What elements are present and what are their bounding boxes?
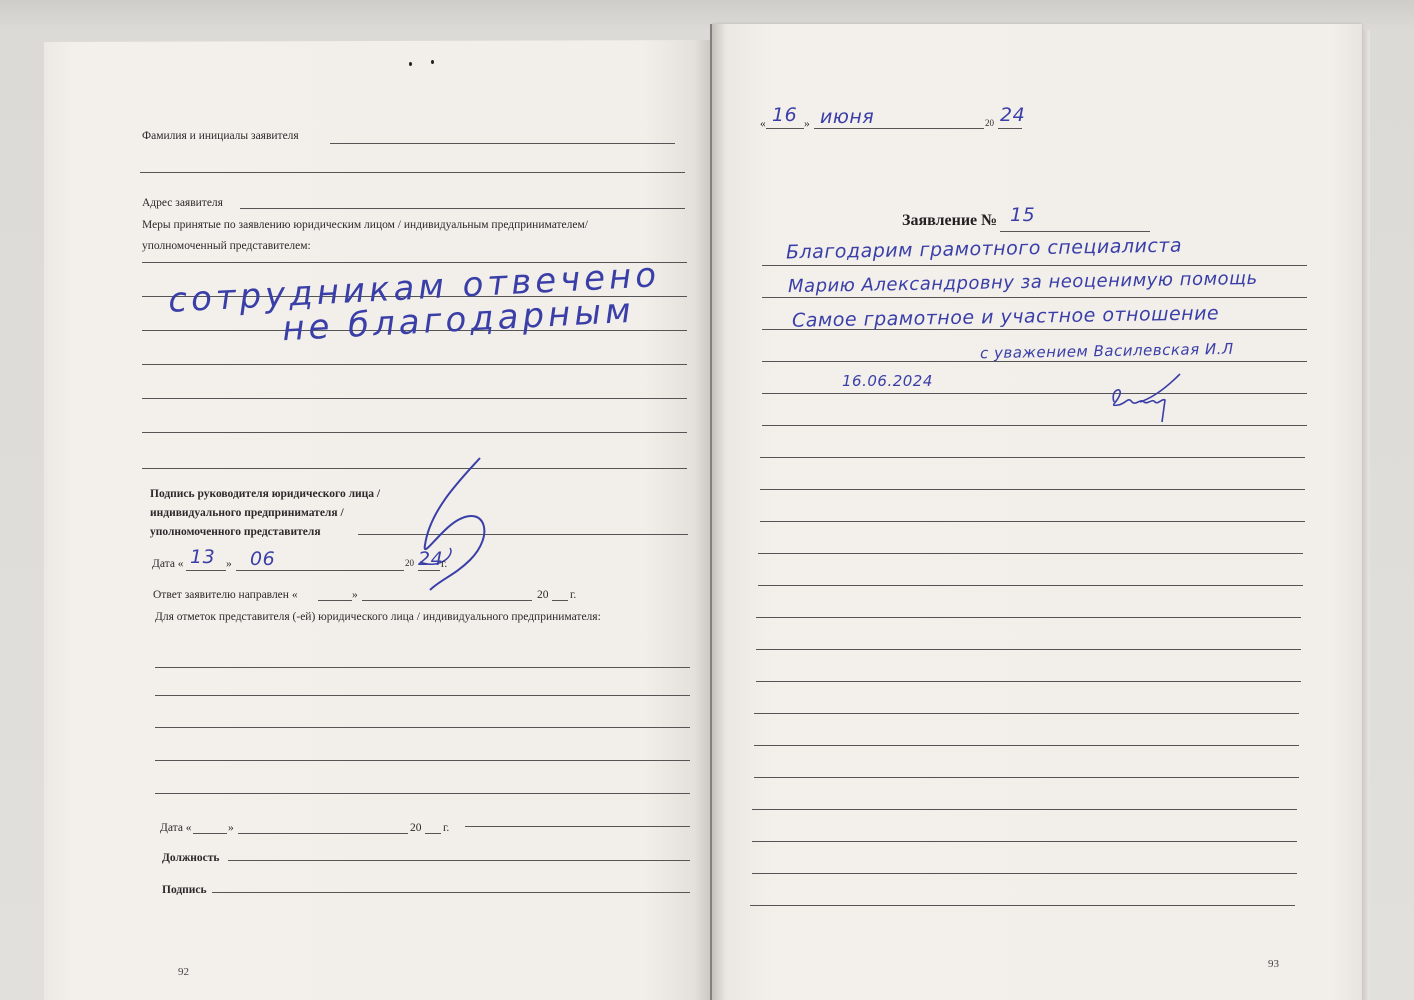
- content-line[interactable]: [752, 873, 1297, 874]
- signature-label-1: Подпись руководителя юридического лица /: [150, 488, 380, 500]
- content-line[interactable]: [760, 457, 1305, 458]
- measures-line[interactable]: [142, 398, 687, 399]
- marks-date-label: Дата «: [160, 822, 192, 834]
- content-line[interactable]: [760, 521, 1305, 522]
- date-year-prefix: 20: [405, 558, 414, 568]
- sign-field[interactable]: [212, 892, 690, 893]
- header-date-close: »: [804, 118, 810, 130]
- measures-label-2: уполномоченный представителем:: [142, 240, 311, 252]
- applicant-address-field[interactable]: [240, 208, 685, 209]
- content-line[interactable]: [752, 841, 1297, 842]
- response-year-field[interactable]: [552, 600, 568, 601]
- handwritten-header-day: 16: [772, 104, 797, 126]
- application-title: Заявление №: [902, 212, 997, 230]
- handwritten-date-month: 06: [250, 548, 275, 570]
- left-page: [44, 40, 712, 1000]
- page-number-right: 93: [1268, 958, 1279, 970]
- handwritten-header-year: 24: [1000, 104, 1025, 126]
- ink-speck: [409, 62, 412, 66]
- content-line[interactable]: [762, 297, 1307, 298]
- content-line[interactable]: [758, 585, 1303, 586]
- handwritten-date-day: 13: [190, 546, 215, 568]
- marks-line[interactable]: [155, 727, 690, 728]
- applicant-name-field[interactable]: [330, 143, 675, 144]
- marks-line[interactable]: [155, 667, 690, 668]
- date-month-field[interactable]: [236, 570, 404, 571]
- position-field[interactable]: [228, 860, 690, 861]
- page-edge: [1362, 30, 1370, 1000]
- content-line[interactable]: [750, 905, 1295, 906]
- content-line[interactable]: [752, 809, 1297, 810]
- manager-signature: [400, 450, 510, 610]
- marks-line[interactable]: [155, 760, 690, 761]
- header-date-open: «: [760, 118, 766, 130]
- marks-extra-field[interactable]: [465, 826, 690, 827]
- right-page: [712, 24, 1362, 1000]
- handwritten-date-year: 24: [418, 548, 443, 570]
- marks-year-prefix: 20: [410, 822, 422, 834]
- response-year-suffix: г.: [570, 589, 576, 601]
- content-line[interactable]: [754, 713, 1299, 714]
- date-quote: »: [226, 558, 232, 570]
- marks-date-day-field[interactable]: [193, 833, 227, 834]
- content-line[interactable]: [762, 425, 1307, 426]
- header-year-prefix: 20: [985, 118, 994, 128]
- response-year-prefix: 20: [537, 589, 549, 601]
- response-month-field[interactable]: [362, 600, 532, 601]
- content-line[interactable]: [754, 777, 1299, 778]
- response-sent-label: Ответ заявителю направлен «: [153, 589, 298, 601]
- signature-label-2: индивидуального предпринимателя /: [150, 507, 344, 519]
- signature-label-3: уполномоченного представителя: [150, 526, 321, 538]
- handwritten-application-number: 15: [1010, 204, 1035, 226]
- page-number-left: 92: [178, 966, 189, 978]
- response-quote: »: [352, 589, 358, 601]
- marks-date-month-field[interactable]: [238, 833, 408, 834]
- date-label: Дата «: [152, 558, 184, 570]
- applicant-address-label: Адрес заявителя: [142, 197, 223, 209]
- content-line[interactable]: [756, 649, 1301, 650]
- ink-speck: [431, 60, 434, 64]
- handwritten-header-month: июня: [820, 106, 874, 128]
- measures-line[interactable]: [142, 364, 687, 365]
- marks-year-field[interactable]: [425, 833, 441, 834]
- applicant-name-label: Фамилия и инициалы заявителя: [142, 130, 299, 142]
- content-line[interactable]: [762, 265, 1307, 266]
- response-day-field[interactable]: [318, 600, 352, 601]
- sign-label: Подпись: [162, 884, 207, 896]
- position-label: Должность: [162, 852, 220, 864]
- content-line[interactable]: [754, 745, 1299, 746]
- date-year-field[interactable]: [418, 570, 440, 571]
- measures-label-1: Меры принятые по заявлению юридическим л…: [142, 219, 588, 231]
- content-line[interactable]: [758, 553, 1303, 554]
- applicant-name-field-2[interactable]: [140, 172, 685, 173]
- header-date-year-field[interactable]: [998, 128, 1022, 129]
- date-day-field[interactable]: [186, 570, 226, 571]
- marks-label: Для отметок представителя (-ей) юридичес…: [155, 611, 601, 623]
- header-date-month-field[interactable]: [814, 128, 984, 129]
- marks-line[interactable]: [155, 793, 690, 794]
- handwritten-line-5: 16.06.2024: [842, 372, 933, 390]
- marks-date-quote: »: [228, 822, 234, 834]
- application-number-field[interactable]: [1000, 231, 1150, 232]
- content-line[interactable]: [756, 617, 1301, 618]
- header-date-day-field[interactable]: [766, 128, 804, 129]
- marks-year-suffix: г.: [443, 822, 449, 834]
- content-line[interactable]: [756, 681, 1301, 682]
- applicant-signature: [1100, 372, 1190, 432]
- content-line[interactable]: [762, 393, 1307, 394]
- measures-line[interactable]: [142, 432, 687, 433]
- marks-line[interactable]: [155, 695, 690, 696]
- content-line[interactable]: [760, 489, 1305, 490]
